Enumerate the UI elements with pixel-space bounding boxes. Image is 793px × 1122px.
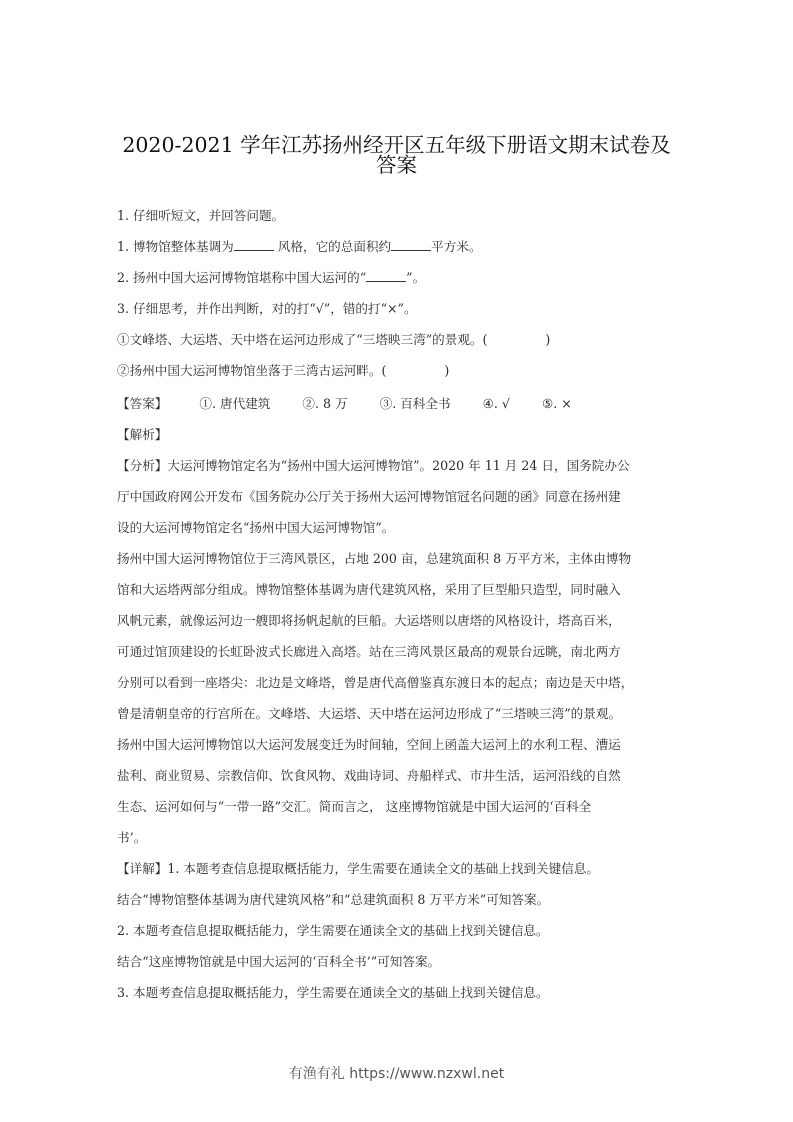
analysis-line: 馆和大运塔两部分组成。博物馆整体基调为唐代建筑风格，采用了巨型船只造型，同时融入 — [117, 582, 621, 598]
sub1-mid: 风格，它的总面积约 — [274, 239, 391, 254]
analysis-line: 厅中国政府网公开发布《国务院办公厅关于扬州大运河博物馆冠名问题的函》同意在扬州建 — [117, 489, 621, 505]
analysis-label: 【解析】 — [117, 427, 167, 443]
detail-line: 结合“这座博物馆就是中国大运河的‘百科全书’”可知答案。 — [117, 954, 440, 970]
sub-question-3: 3. 仔细思考，并作出判断，对的打“√”，错的打“×”。 — [117, 301, 417, 317]
answer-item-5: ⑤. × — [542, 396, 572, 412]
answer-item-2: ②. 8 万 — [302, 396, 347, 412]
answer-blank — [234, 239, 274, 251]
analysis-line: 曾是清朝皇帝的行宫所在。文峰塔、大运塔、天中塔在运河边形成了“三塔映三湾”的景观… — [117, 706, 621, 722]
sub-question-2: 2. 扬州中国大运河博物馆堪称中国大运河的“”。 — [117, 270, 425, 286]
answer-item-3: ③. 百科全书 — [380, 396, 451, 412]
analysis-line: 风帆元素，就像运河边一艘即将扬帆起航的巨船。大运塔则以唐塔的风格设计，塔高百米， — [117, 613, 621, 629]
judge2-close: ) — [444, 363, 449, 378]
judge-item-2: ②扬州中国大运河博物馆坐落于三湾古运河畔。() — [117, 363, 449, 379]
detail-line: 2. 本题考查信息提取概括能力，学生需要在通读全文的基础上找到关键信息。 — [117, 923, 549, 939]
detail-line: 结合“博物馆整体基调为唐代建筑风格”和“总建筑面积 8 万平方米”可知答案。 — [117, 892, 549, 908]
answer-item-1: ①. 唐代建筑 — [199, 396, 270, 412]
answer-blank — [366, 270, 406, 282]
judge2-text: ②扬州中国大运河博物馆坐落于三湾古运河畔。( — [117, 363, 386, 378]
analysis-line: 设的大运河博物馆定名“扬州中国大运河博物馆”。 — [117, 520, 394, 536]
answer-item-4: ④. √ — [483, 396, 510, 412]
answer-label: 【答案】 — [117, 396, 167, 411]
document-title-line2: 答案 — [0, 148, 793, 178]
sub2-pre: 2. 扬州中国大运河博物馆堪称中国大运河的“ — [117, 270, 366, 285]
judge1-close: ) — [545, 332, 550, 347]
detail-line: 【详解】1. 本题考查信息提取概括能力，学生需要在通读全文的基础上找到关键信息。 — [117, 861, 599, 877]
detail-line: 3. 本题考查信息提取概括能力，学生需要在通读全文的基础上找到关键信息。 — [117, 985, 549, 1001]
sub2-post: ”。 — [406, 270, 425, 285]
answer-blank — [391, 239, 431, 251]
question-prompt: 1. 仔细听短文，并回答问题。 — [117, 208, 284, 224]
analysis-line: 扬州中国大运河博物馆位于三湾风景区，占地 200 亩，总建筑面积 8 万平方米，… — [117, 551, 631, 567]
footer-watermark: 有渔有礼 https://www.nzxwl.net — [0, 1063, 793, 1083]
analysis-line: 【分析】大运河博物馆定名为“扬州中国大运河博物馆”。2020 年 11 月 24… — [117, 458, 630, 474]
analysis-line: 分别可以看到一座塔尖：北边是文峰塔，曾是唐代高僧鉴真东渡日本的起点；南边是天中塔… — [117, 675, 633, 691]
sub1-post: 平方米。 — [431, 239, 481, 254]
sub-question-1: 1. 博物馆整体基调为 风格，它的总面积约平方米。 — [117, 239, 482, 255]
analysis-line: 书’。 — [117, 830, 146, 846]
analysis-line: 盐利、商业贸易、宗教信仰、饮食风物、戏曲诗词、舟船样式、市井生活，运河沿线的自然 — [117, 768, 621, 784]
judge1-text: ①文峰塔、大运塔、天中塔在运河边形成了“三塔映三湾”的景观。( — [117, 332, 487, 347]
analysis-line: 扬州中国大运河博物馆以大运河发展变迁为时间轴，空间上函盖大运河上的水利工程、漕运 — [117, 737, 621, 753]
analysis-line: 可通过馆顶建设的长虹卧波式长廊进入高塔。站在三湾风景区最高的观景台远眺，南北两方 — [117, 644, 621, 660]
judge-item-1: ①文峰塔、大运塔、天中塔在运河边形成了“三塔映三湾”的景观。() — [117, 332, 550, 348]
sub1-pre: 1. 博物馆整体基调为 — [117, 239, 234, 254]
analysis-line: 生态、运河如何与“一带一路”交汇。简而言之， 这座博物馆就是中国大运河的‘百科全 — [117, 799, 591, 815]
answer-row: 【答案】 ①. 唐代建筑 ②. 8 万 ③. 百科全书 ④. √ ⑤. × — [117, 396, 572, 412]
